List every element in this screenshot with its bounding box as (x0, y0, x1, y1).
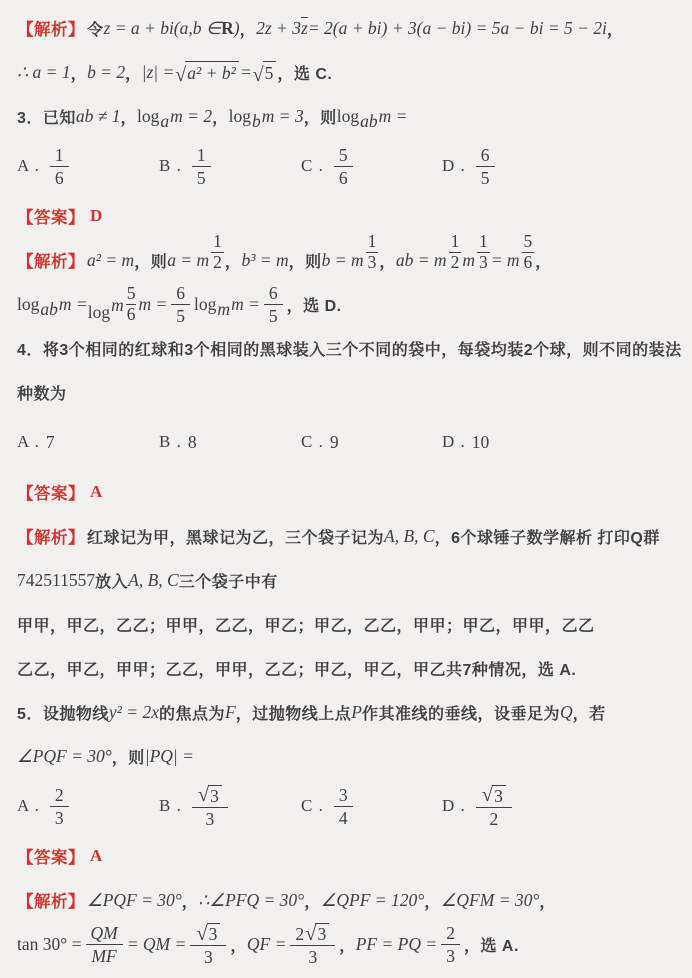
option-a: A .23 (17, 785, 159, 828)
radicand: a² + b² (185, 61, 239, 84)
section-label: 【解析】 (17, 524, 85, 548)
math-roman: 5 (269, 307, 278, 325)
square-root: √3 (198, 785, 222, 805)
q4-question-line-2: 种数为 (0, 370, 692, 414)
q4-solution-line-2: 742511557 放入 A, B, C 三个袋子中有 (0, 558, 692, 602)
q5-question-line-2: ∠PQF = 30°，则|PQ| = (0, 734, 692, 778)
math-italic: P (351, 702, 362, 723)
math-roman: 3 (206, 810, 215, 828)
q2-solution-line-2: ∴ a = 1，b = 2，|z| = √a² + b² = √5，选 C. (0, 50, 692, 94)
chinese-text: ，选 C. (277, 61, 332, 84)
chinese-text: 令 (87, 17, 104, 40)
math-italic: ab (40, 299, 58, 319)
math-roman: 6 (339, 169, 348, 187)
fraction-numerator: 1 (50, 145, 69, 167)
math-italic: A, B, C (128, 570, 179, 591)
fraction-denominator: 3 (446, 945, 455, 965)
q4-answer: 【答案】A (0, 470, 692, 514)
math-italic: PF = PQ = (356, 934, 437, 955)
q3-answer: 【答案】D (0, 194, 692, 238)
chinese-text: 种数为 (17, 381, 67, 404)
fraction-denominator: 5 (269, 305, 278, 325)
chinese-text: ，若 (573, 701, 606, 724)
superscript: 13 (365, 233, 380, 271)
fraction: QMMF (86, 923, 123, 966)
function-subscript: ab (360, 111, 378, 132)
answer-letter: A (90, 846, 102, 866)
chinese-text: 3．已知 (17, 105, 76, 128)
math-roman: 1 (213, 233, 222, 251)
chinese-text: 放入 (95, 569, 128, 592)
math-roman: 5 (197, 169, 206, 187)
function-name: log (17, 294, 39, 315)
fraction-denominator: 2 (451, 253, 460, 272)
option-a: A .7 (17, 432, 159, 453)
math-roman: 8 (188, 432, 197, 453)
fraction-denominator: 2 (489, 808, 498, 828)
math-roman: 3 (209, 925, 218, 943)
math-roman: 2 (446, 924, 455, 942)
function-name: log (137, 106, 159, 127)
chinese-text: 的焦点为 (159, 701, 225, 724)
chinese-text: ，选 D. (287, 293, 342, 316)
chinese-text: ， (230, 933, 247, 956)
math-italic: Q (560, 702, 573, 723)
section-label: 【解析】 (17, 16, 85, 40)
math-roman: 6 (55, 169, 64, 187)
fraction-denominator: 3 (308, 946, 317, 966)
answer-letter: D (90, 206, 102, 226)
radicand: 3 (492, 785, 506, 805)
fraction-denominator: 3 (479, 253, 488, 272)
q4-solution-line-1: 【解析】红球记为甲，黑球记为乙，三个袋子记为 A, B, C ，6个球锤子数学解… (0, 514, 692, 558)
math-bold: R (221, 18, 234, 39)
chinese-text: ，过抛物线上点 (236, 701, 352, 724)
option-label: B . (159, 796, 182, 816)
fraction-denominator: 3 (206, 808, 215, 828)
math-roman: 1 (197, 146, 206, 164)
q5-solution-line-1: 【解析】∠PQF = 30°，∴∠PFQ = 30°，∠QPF = 120°，∠… (0, 878, 692, 922)
math-roman: 2 (55, 786, 64, 804)
math-italic: MF (91, 947, 116, 965)
chinese-text: ， (121, 105, 138, 128)
document-body: 【解析】令z = a + bi(a,b ∈ R)，2z + 3z = 2(a +… (0, 0, 692, 967)
fraction-denominator: 2 (213, 253, 222, 272)
fraction-denominator: 6 (524, 253, 533, 272)
fraction: 16 (50, 145, 69, 188)
math-roman: 2 (489, 810, 498, 828)
math-roman: 2 (213, 254, 222, 272)
function-subscript: ab (40, 299, 58, 320)
option-b: B .8 (159, 432, 301, 453)
radicand: 5 (263, 61, 277, 84)
option-d: D .65 (442, 145, 675, 188)
math-italic: m = (231, 294, 260, 315)
math-roman: 3 (368, 254, 377, 272)
math-italic: |PQ| = (145, 746, 194, 767)
radicand: 3 (208, 785, 222, 805)
chinese-text: ， (424, 889, 441, 912)
math-italic: QM (91, 924, 118, 942)
option-c: C .56 (301, 145, 442, 188)
math-italic: ∴∠PFQ = 30° (198, 890, 304, 911)
math-italic: a² + b² (187, 63, 236, 84)
math-roman: 5 (481, 169, 490, 187)
chinese-text: ， (535, 249, 552, 272)
section-label: 【答案】 (17, 844, 85, 868)
fraction: 56 (126, 285, 137, 323)
function-name: log (229, 106, 251, 127)
math-italic: m = (138, 294, 167, 315)
fraction-numerator: √3 (190, 922, 226, 946)
option-label: C . (301, 796, 324, 816)
fraction-numerator: 5 (334, 145, 353, 167)
option-label: D . (442, 156, 466, 176)
fraction: 65 (476, 145, 495, 188)
superscript: 13 (476, 233, 491, 271)
log-function: loga (137, 106, 170, 127)
log-function: logab (337, 106, 379, 127)
math-italic: m = (59, 294, 88, 315)
math-italic: b = 2 (87, 62, 125, 83)
option-label: A . (17, 432, 40, 452)
section-label: 【解析】 (17, 888, 85, 912)
chinese-text: ， (182, 889, 199, 912)
math-roman: 5 (265, 63, 274, 84)
math-italic: ab = m (396, 250, 447, 271)
q4-solution-line-3: 甲甲，甲乙，乙乙；甲甲，乙乙，甲乙；甲乙，乙乙，甲甲；甲乙，甲甲，乙乙 (0, 602, 692, 646)
math-roman: 5 (176, 307, 185, 325)
chinese-text: 乙乙，甲乙，甲甲；乙乙，甲甲，乙乙；甲乙，甲乙，甲乙共7种情况，选 A. (17, 657, 576, 680)
fraction: √33 (192, 784, 228, 829)
fraction-denominator: 3 (368, 253, 377, 272)
function-subscript: m56 (111, 290, 137, 328)
option-c: C .9 (301, 432, 442, 453)
function-subscript: m (217, 299, 230, 320)
chinese-text: ，则 (112, 745, 145, 768)
math-italic: ab ≠ 1 (76, 106, 121, 127)
math-italic: ab (360, 111, 378, 131)
fraction: 13 (477, 233, 490, 271)
math-italic: y² = 2x (109, 702, 159, 723)
math-roman: 6 (127, 306, 136, 324)
math-roman: 3 (446, 947, 455, 965)
math-roman: 6 (176, 284, 185, 302)
square-root: √3 (482, 785, 506, 805)
q5-solution-line-2: tan 30° = QMMF = QM = √33，QF = 2√33，PF =… (0, 922, 692, 967)
chinese-text: 三个袋子中有 (179, 569, 278, 592)
math-italic: = 2(a + bi) + 3(a − bi) = 5a − bi = 5 − … (308, 18, 607, 39)
chinese-text: ， (379, 249, 396, 272)
math-roman: 742511557 (17, 570, 95, 591)
option-label: A . (17, 796, 40, 816)
function-subscript: a (160, 111, 169, 132)
chinese-text: 甲甲，甲乙，乙乙；甲甲，乙乙，甲乙；甲乙，乙乙，甲甲；甲乙，甲甲，乙乙 (17, 613, 595, 636)
math-italic: m (111, 295, 124, 315)
math-italic: a (160, 111, 169, 131)
superscript: 12 (210, 233, 225, 271)
math-roman: 7 (46, 432, 55, 453)
q5-answer: 【答案】A (0, 834, 692, 878)
superscript: 56 (521, 233, 536, 271)
fraction: 13 (366, 233, 379, 271)
option-label: A . (17, 156, 40, 176)
q3-solution-line-1: 【解析】a² = m，则a = m12，b³ = m，则b = m13，ab =… (0, 238, 692, 282)
math-roman: 3 (55, 809, 64, 827)
math-italic: m (217, 299, 230, 319)
math-roman: 6 (269, 284, 278, 302)
fraction-denominator: MF (91, 945, 116, 965)
section-label: 【解析】 (17, 248, 85, 272)
q3-options: A .16B .15C .56D .65 (0, 138, 692, 194)
math-roman: 3 (210, 787, 219, 805)
math-italic: A, B, C (384, 526, 435, 547)
fraction-denominator: 5 (481, 167, 490, 187)
fraction-numerator: 2√3 (290, 922, 335, 946)
fraction-numerator: 1 (192, 145, 211, 167)
chinese-text: ， (339, 933, 356, 956)
math-roman: 1 (479, 233, 488, 251)
q4-solution-line-4: 乙乙，甲乙，甲甲；乙乙，甲甲，乙乙；甲乙，甲乙，甲乙共7种情况，选 A. (0, 646, 692, 690)
function-name: log (88, 302, 110, 323)
math-roman: 3 (479, 254, 488, 272)
fraction: 12 (449, 233, 462, 271)
fraction-numerator: 1 (366, 233, 379, 253)
function-name: log (194, 294, 216, 315)
fraction-numerator: 5 (522, 233, 535, 253)
superscript: 12 (448, 233, 463, 271)
chinese-text: ， (71, 61, 88, 84)
chinese-text: 作其准线的垂线，设垂足为 (362, 701, 560, 724)
fraction-numerator: 2 (441, 923, 460, 945)
fraction: 65 (264, 283, 283, 326)
fraction: √33 (190, 922, 226, 967)
option-label: D . (442, 432, 466, 452)
function-subscript: b (252, 111, 261, 132)
math-italic: |z| = (142, 62, 175, 83)
option-c: C .34 (301, 785, 442, 828)
math-roman: 1 (368, 233, 377, 251)
log-function: logm56 (88, 285, 139, 323)
chinese-text: ， (125, 61, 142, 84)
log-function: logb (229, 106, 262, 127)
math-italic: m = (379, 106, 408, 127)
math-roman: 5 (339, 146, 348, 164)
math-roman: 3 (317, 925, 326, 943)
option-label: B . (159, 432, 182, 452)
fraction-denominator: 5 (176, 305, 185, 325)
fraction: 23 (441, 923, 460, 966)
fraction: √32 (476, 784, 512, 829)
math-italic: QF = (247, 934, 287, 955)
math-roman: 1 (55, 146, 64, 164)
option-b: B .√33 (159, 784, 301, 829)
chinese-text: 5．设抛物线 (17, 701, 109, 724)
q4-question-line-1: 4．将3个相同的红球和3个相同的黑球装入三个不同的袋中，每袋均装2个球，则不同的… (0, 326, 692, 370)
chinese-text: ， (304, 889, 321, 912)
q2-solution-line-1: 【解析】令z = a + bi(a,b ∈ R)，2z + 3z = 2(a +… (0, 6, 692, 50)
math-italic: F (225, 702, 236, 723)
math-italic: = m (491, 250, 520, 271)
option-label: C . (301, 156, 324, 176)
chinese-text: ， (225, 249, 242, 272)
chinese-text: 红球记为甲，黑球记为乙，三个袋子记为 (87, 525, 384, 548)
chinese-text: ， (212, 105, 229, 128)
answer-letter: A (90, 482, 102, 502)
math-italic: m (462, 250, 475, 271)
fraction-numerator: √3 (192, 784, 228, 808)
math-roman: 3 (494, 787, 503, 805)
fraction-denominator: 6 (55, 167, 64, 187)
fraction-numerator: 6 (264, 283, 283, 305)
q5-question-line-1: 5．设抛物线 y² = 2x 的焦点为 F ，过抛物线上点 P 作其准线的垂线，… (0, 690, 692, 734)
q3-solution-line-2: logab m = logm56 m = 65logm m = 65，选 D. (0, 282, 692, 326)
math-italic: ∠QFM = 30° (441, 890, 540, 911)
math-italic: b = m (322, 250, 364, 271)
math-italic: ∠PQF = 30° (17, 746, 112, 767)
square-root: √5 (253, 61, 277, 84)
fraction-denominator: 3 (55, 807, 64, 827)
math-italic: b (252, 111, 261, 131)
fraction: 2√33 (290, 922, 335, 967)
fraction-denominator: 6 (339, 167, 348, 187)
math-roman: 3 (204, 948, 213, 966)
math-italic: = QM = (127, 934, 187, 955)
radicand: 3 (315, 923, 329, 943)
math-italic: ∠PQF = 30° (87, 890, 182, 911)
math-roman: tan 30° = (17, 934, 82, 955)
fraction: 23 (50, 785, 69, 828)
superscript: 56 (125, 285, 138, 323)
square-root: √3 (196, 923, 220, 943)
section-label: 【答案】 (17, 204, 85, 228)
fraction-denominator: 4 (339, 807, 348, 827)
option-d: D .√32 (442, 784, 675, 829)
q5-options: A .23B .√33C .34D .√32 (0, 778, 692, 834)
chinese-text: ，则 (289, 249, 322, 272)
math-italic: a² = m (87, 250, 134, 271)
math-italic: z = a + bi(a,b ∈ (104, 18, 222, 39)
math-italic: 2z + 3 (256, 18, 301, 39)
fraction-numerator: 3 (334, 785, 353, 807)
log-function: logm (194, 294, 231, 315)
math-roman: 2 (451, 254, 460, 272)
math-roman: 2 (295, 925, 304, 943)
option-d: D .10 (442, 432, 675, 453)
math-overline: z (301, 18, 308, 39)
math-roman: 1 (451, 233, 460, 251)
math-roman: 9 (330, 432, 339, 453)
chinese-text: ，则 (304, 105, 337, 128)
math-italic: ∠QPF = 120° (321, 890, 425, 911)
q4-options: A .7B .8C .9D .10 (0, 414, 692, 470)
fraction-numerator: √3 (476, 784, 512, 808)
log-function: logab (17, 294, 59, 315)
square-root: √a² + b² (175, 61, 239, 84)
math-roman: 4 (339, 809, 348, 827)
fraction-numerator: 2 (50, 785, 69, 807)
fraction-denominator: 3 (204, 946, 213, 966)
option-label: C . (301, 432, 324, 452)
math-roman: 10 (472, 432, 490, 453)
page: { "meta": { "background": "#f1f0ee", "te… (0, 0, 692, 978)
q3-question: 3．已知ab ≠ 1，loga m = 2，logb m = 3，则logab … (0, 94, 692, 138)
math-italic: = (240, 62, 252, 83)
fraction-numerator: 1 (477, 233, 490, 253)
fraction-numerator: QM (86, 923, 123, 945)
math-roman: 6 (524, 254, 533, 272)
chinese-text: ， (240, 17, 257, 40)
chinese-text: ，选 A. (464, 933, 519, 956)
fraction: 56 (522, 233, 535, 271)
chinese-text: 4．将3个相同的红球和3个相同的黑球装入三个不同的袋中，每袋均装2个球，则不同的… (17, 337, 682, 360)
square-root: √3 (305, 923, 329, 943)
option-label: B . (159, 156, 182, 176)
radicand: 3 (207, 923, 221, 943)
fraction-numerator: 6 (476, 145, 495, 167)
fraction: 65 (171, 283, 190, 326)
math-italic: a = m (167, 250, 209, 271)
fraction-denominator: 5 (197, 167, 206, 187)
math-italic: b³ = m (241, 250, 288, 271)
fraction-numerator: 6 (171, 283, 190, 305)
chinese-text: ， (539, 889, 556, 912)
fraction: 15 (192, 145, 211, 188)
fraction-numerator: 1 (211, 233, 224, 253)
section-label: 【答案】 (17, 480, 85, 504)
math-roman: 3 (339, 786, 348, 804)
chinese-text: ， (607, 17, 624, 40)
math-italic: m = 3 (262, 106, 304, 127)
fraction-numerator: 5 (126, 285, 137, 305)
math-roman: 3 (308, 948, 317, 966)
chinese-text: ，6个球锤子数学解析 打印Q群 (435, 525, 660, 548)
chinese-text: ，则 (134, 249, 167, 272)
fraction: 34 (334, 785, 353, 828)
math-roman: 6 (481, 146, 490, 164)
option-a: A .16 (17, 145, 159, 188)
fraction-denominator: 6 (127, 305, 136, 324)
math-roman: 5 (127, 285, 136, 303)
option-b: B .15 (159, 145, 301, 188)
fraction: 56 (334, 145, 353, 188)
fraction: 12 (211, 233, 224, 271)
fraction-numerator: 1 (449, 233, 462, 253)
math-italic: ∴ a = 1 (17, 62, 71, 83)
option-label: D . (442, 796, 466, 816)
math-roman: 5 (524, 233, 533, 251)
math-italic: m = 2 (170, 106, 212, 127)
function-name: log (337, 106, 359, 127)
